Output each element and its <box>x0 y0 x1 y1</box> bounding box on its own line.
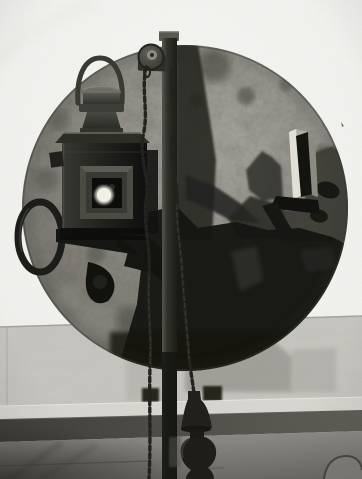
film-grain-overlay <box>0 0 362 479</box>
photo-canvas <box>0 0 362 479</box>
photo-railway-signal-disc <box>0 0 362 479</box>
